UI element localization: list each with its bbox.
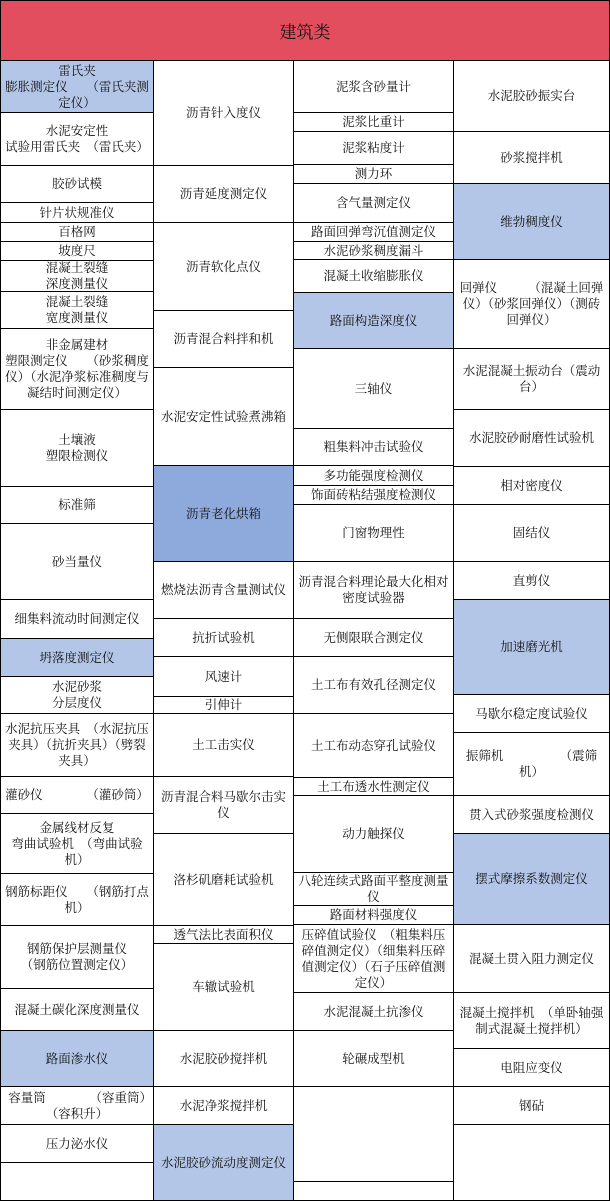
table-cell: 加速磨光机 — [453, 599, 610, 695]
cell-label: 路面回弹弯沉值测定仪 — [311, 224, 436, 240]
table-cell: 多功能强度检测仪 — [293, 465, 454, 486]
table-cell: 水泥净浆搅拌机 — [153, 1086, 294, 1125]
cell-label: 固结仪 — [513, 525, 551, 541]
cell-label: 燃烧法沥青含量测试仪 — [161, 582, 286, 598]
cell-label: 水泥砂浆 分层度仪 — [52, 679, 102, 711]
table-cell: 灌砂仪 （灌砂筒） — [0, 776, 154, 814]
table-cell: 坍落度测定仪 — [0, 638, 154, 677]
cell-label: 混凝土裂缝 宽度测量仪 — [46, 294, 109, 326]
cell-label: 水泥抗压夹具 （水泥抗压夹具）（抗折夹具）（劈裂夹具） — [5, 721, 149, 769]
table-cell: 砂浆搅拌机 — [453, 131, 610, 184]
table-cell: 回弹仪 （混凝土回弹仪）（砂浆回弹仪）（测砖回弹仪） — [453, 259, 610, 349]
cell-label: 路面构造深度仪 — [330, 313, 418, 329]
table-cell: 水泥混凝土抗渗仪 — [293, 992, 454, 1031]
cell-label: 容量筒 （容重筒） （容积升） — [5, 1090, 149, 1122]
table-cell: 标准筛 — [0, 486, 154, 524]
cell-label: 维勃稠度仪 — [500, 214, 563, 230]
cell-label: 泥浆比重计 — [342, 114, 405, 130]
table-cell: 土工击实仪 — [153, 713, 294, 777]
table-cell: 非金属建材 塑限测定仪 （砂浆稠度仪）（水泥净浆标准稠度与凝结时间测定仪） — [0, 328, 154, 410]
cell-label: 混凝土裂缝 深度测量仪 — [46, 260, 109, 292]
cell-label: 针片状规准仪 — [39, 205, 114, 221]
cell-label: 土工布透水性测定仪 — [317, 779, 430, 795]
table-cell: 维勃稠度仪 — [453, 183, 610, 260]
table-cell: 金属线材反复 弯曲试验机 （弯曲试验机） — [0, 813, 154, 874]
table-cell: 电阻应变仪 — [453, 1048, 610, 1087]
table-cell: 压碎值试验仪 （粗集料压碎值测定仪）（细集料压碎值测定仪）（石子压碎值测定仪） — [293, 924, 454, 993]
table-cell: 针片状规准仪 — [0, 202, 154, 223]
cell-label: 多功能强度检测仪 — [323, 468, 423, 484]
cell-label: 钢砧 — [519, 1098, 544, 1114]
cell-label: 电阻应变仪 — [500, 1060, 563, 1076]
table-cell: 贯入式砂浆强度检测仪 — [453, 795, 610, 834]
table-cell: 振筛机 （震筛机） — [453, 732, 610, 796]
cell-label: 加速磨光机 — [500, 639, 563, 655]
table-cell: 坡度尺 — [0, 241, 154, 261]
table-cell: 水泥砂浆稠度漏斗 — [293, 241, 454, 260]
table-cell: 压力泌水仪 — [0, 1124, 154, 1163]
cell-label: 坡度尺 — [58, 243, 96, 259]
cell-label: 坍落度测定仪 — [39, 650, 114, 666]
category-header: 建筑类 — [0, 0, 610, 61]
cell-label: 回弹仪 （混凝土回弹仪）（砂浆回弹仪）（测砖回弹仪） — [458, 280, 605, 328]
cell-label: 水泥混凝土抗渗仪 — [323, 1004, 423, 1020]
cell-label: 三轴仪 — [355, 381, 393, 397]
table-cell: 抗折试验机 — [153, 618, 294, 657]
cell-label: 土工击实仪 — [192, 737, 255, 753]
table-cell: 沥青老化烘箱 — [153, 465, 294, 562]
cell-label: 混凝土收缩膨胀仪 — [323, 268, 423, 284]
table-cell: 胶砂试模 — [0, 165, 154, 203]
cell-label: 水泥安定性 试验用雷氏夹 （雷氏夹） — [5, 123, 149, 155]
cell-label: 百格网 — [58, 224, 96, 240]
cell-label: 饰面砖粘结强度检测仪 — [311, 487, 436, 503]
cell-label: 引伸计 — [205, 697, 243, 713]
table-cell: 混凝土搅拌机 （单卧轴强制式混凝土搅拌机） — [453, 992, 610, 1049]
cell-label: 钢筋保护层测量仪 （钢筋位置测定仪） — [21, 941, 134, 973]
cell-label: 混凝土贯入阻力测定仪 — [469, 951, 594, 967]
cell-label: 粗集料冲击试验仪 — [323, 439, 423, 455]
cell-label: 土壤液 塑限检测仪 — [46, 432, 109, 464]
table-cell: 水泥安定性 试验用雷氏夹 （雷氏夹） — [0, 112, 154, 166]
cell-label: 金属线材反复 弯曲试验机 （弯曲试验机） — [5, 820, 149, 868]
cell-label: 动力触探仪 — [342, 826, 405, 842]
table-cell: 水泥胶砂搅拌机 — [153, 1030, 294, 1087]
table-cell: 土工布有效孔径测定仪 — [293, 656, 454, 714]
table-cell: 砂当量仪 — [0, 523, 154, 600]
cell-label: 贯入式砂浆强度检测仪 — [469, 807, 594, 823]
table-cell: 雷氏夹 膨胀测定仪 （雷氏夹测定仪） — [0, 60, 154, 113]
table-cell: 土工布透水性测定仪 — [293, 777, 454, 796]
cell-label: 沥青软化点仪 — [186, 259, 261, 275]
table-cell: 相对密度仪 — [453, 466, 610, 505]
empty-cell — [293, 1086, 454, 1182]
cell-label: 水泥胶砂流动度测定仪 — [161, 1155, 286, 1171]
table-cell: 土工布动态穿孔试验仪 — [293, 713, 454, 778]
table-cell: 容量筒 （容重筒） （容积升） — [0, 1086, 154, 1125]
cell-label: 马歇尔稳定度试验仪 — [475, 706, 588, 722]
cell-label: 相对密度仪 — [500, 478, 563, 494]
cell-label: 土工布有效孔径测定仪 — [311, 677, 436, 693]
cell-label: 水泥砂浆稠度漏斗 — [323, 243, 423, 259]
table-cell: 水泥胶砂流动度测定仪 — [153, 1124, 294, 1201]
cell-label: 轮碾成型机 — [342, 1051, 405, 1067]
cell-label: 沥青针入度仪 — [186, 105, 261, 121]
table-cell: 无侧限联合测定仪 — [293, 618, 454, 657]
cell-label: 标准筛 — [58, 497, 96, 513]
cell-label: 水泥净浆搅拌机 — [180, 1098, 268, 1114]
cell-label: 胶砂试模 — [52, 176, 102, 192]
cell-label: 含气量测定仪 — [336, 195, 411, 211]
table-cell: 动力触探仪 — [293, 795, 454, 873]
table-cell: 泥浆粘度计 — [293, 131, 454, 165]
cell-label: 灌砂仪 （灌砂筒） — [5, 787, 149, 803]
cell-label: 泥浆粘度计 — [342, 140, 405, 156]
cell-label: 抗折试验机 — [192, 630, 255, 646]
cell-label: 沥青老化烘箱 — [186, 506, 261, 522]
cell-label: 雷氏夹 膨胀测定仪 （雷氏夹测定仪） — [5, 63, 149, 111]
cell-label: 摆式摩擦系数测定仪 — [475, 871, 588, 887]
cell-label: 风速计 — [205, 669, 243, 685]
table-cell: 车辙试验机 — [153, 943, 294, 1031]
table-cell: 水泥抗压夹具 （水泥抗压夹具）（抗折夹具）（劈裂夹具） — [0, 713, 154, 777]
table-cell: 沥青混合料理论最大化相对密度试验器 — [293, 561, 454, 619]
cell-label: 八轮连续式路面平整度测量仪 — [298, 873, 449, 905]
cell-label: 直剪仪 — [513, 573, 551, 589]
table-cell: 风速计 — [153, 656, 294, 697]
cell-label: 细集料流动时间测定仪 — [14, 611, 139, 627]
cell-label: 混凝土碳化深度测量仪 — [14, 1002, 139, 1018]
table-cell: 透气法比表面积仪 — [153, 925, 294, 944]
table-cell: 粗集料冲击试验仪 — [293, 428, 454, 466]
table-cell: 沥青软化点仪 — [153, 222, 294, 311]
table-cell: 轮碾成型机 — [293, 1030, 454, 1087]
table-cell: 钢筋保护层测量仪 （钢筋位置测定仪） — [0, 925, 154, 989]
cell-label: 门窗物理性 — [342, 525, 405, 541]
cell-label: 砂当量仪 — [52, 554, 102, 570]
cell-label: 沥青混合料理论最大化相对密度试验器 — [298, 574, 449, 606]
table-cell: 沥青混合料拌和机 — [153, 310, 294, 368]
table-cell: 混凝土裂缝 宽度测量仪 — [0, 291, 154, 329]
table-cell: 混凝土收缩膨胀仪 — [293, 259, 454, 293]
cell-label: 土工布动态穿孔试验仪 — [311, 738, 436, 754]
cell-label: 压碎值试验仪 （粗集料压碎值测定仪）（细集料压碎值测定仪）（石子压碎值测定仪） — [298, 927, 449, 991]
cell-label: 水泥胶砂耐磨性试验机 — [469, 430, 594, 446]
table-cell: 固结仪 — [453, 504, 610, 562]
empty-cell — [293, 1181, 454, 1201]
table-cell: 混凝土贯入阻力测定仪 — [453, 924, 610, 993]
cell-label: 钢筋标距仪 （钢筋打点机） — [5, 884, 149, 916]
empty-cell — [0, 1162, 154, 1201]
table-cell: 土壤液 塑限检测仪 — [0, 409, 154, 487]
table-cell: 百格网 — [0, 222, 154, 242]
table-cell: 混凝土裂缝 深度测量仪 — [0, 260, 154, 292]
table-cell: 洛杉矶磨耗试验机 — [153, 833, 294, 926]
table-cell: 路面材料强度仪 — [293, 905, 454, 925]
table-cell: 测力环 — [293, 164, 454, 184]
table-cell: 泥浆比重计 — [293, 112, 454, 132]
table-cell: 燃烧法沥青含量测试仪 — [153, 561, 294, 619]
cell-label: 水泥混凝土振动台（震动台） — [458, 363, 605, 395]
table-cell: 马歇尔稳定度试验仪 — [453, 694, 610, 733]
cell-label: 水泥安定性试验煮沸箱 — [161, 409, 286, 425]
table-cell: 泥浆含砂量计 — [293, 60, 454, 113]
table-cell: 水泥安定性试验煮沸箱 — [153, 367, 294, 466]
cell-label: 路面渗水仪 — [46, 1051, 109, 1067]
cell-label: 水泥胶砂搅拌机 — [180, 1051, 268, 1067]
table-cell: 细集料流动时间测定仪 — [0, 599, 154, 639]
table-cell: 八轮连续式路面平整度测量仪 — [293, 872, 454, 906]
table-cell: 沥青延度测定仪 — [153, 165, 294, 223]
cell-label: 测力环 — [355, 166, 393, 182]
table-cell: 钢砧 — [453, 1086, 610, 1125]
cell-label: 振筛机 （震筛机） — [458, 748, 605, 780]
cell-label: 无侧限联合测定仪 — [323, 630, 423, 646]
table-cell: 水泥胶砂耐磨性试验机 — [453, 409, 610, 467]
table-cell: 沥青混合料马歇尔击实仪 — [153, 776, 294, 834]
table-cell: 三轴仪 — [293, 348, 454, 429]
table-cell: 水泥胶砂振实台 — [453, 60, 610, 132]
empty-cell — [453, 1124, 610, 1201]
cell-label: 沥青延度测定仪 — [180, 186, 268, 202]
cell-label: 混凝土搅拌机 （单卧轴强制式混凝土搅拌机） — [458, 1005, 605, 1037]
cell-label: 砂浆搅拌机 — [500, 150, 563, 166]
table-cell: 沥青针入度仪 — [153, 60, 294, 166]
cell-label: 沥青混合料马歇尔击实仪 — [158, 789, 289, 821]
table-cell: 饰面砖粘结强度检测仪 — [293, 485, 454, 505]
table-cell: 引伸计 — [153, 696, 294, 714]
table-cell: 含气量测定仪 — [293, 183, 454, 223]
table-cell: 水泥砂浆 分层度仪 — [0, 676, 154, 714]
table-cell: 路面构造深度仪 — [293, 292, 454, 349]
cell-label: 非金属建材 塑限测定仪 （砂浆稠度仪）（水泥净浆标准稠度与凝结时间测定仪） — [5, 337, 149, 401]
cell-label: 洛杉矶磨耗试验机 — [173, 872, 273, 888]
cell-label: 压力泌水仪 — [46, 1136, 109, 1152]
table-cell: 摆式摩擦系数测定仪 — [453, 833, 610, 925]
equipment-table: 建筑类 雷氏夹 膨胀测定仪 （雷氏夹测定仪）水泥安定性 试验用雷氏夹 （雷氏夹）… — [0, 0, 610, 1201]
table-cell: 直剪仪 — [453, 561, 610, 600]
cell-label: 水泥胶砂振实台 — [488, 88, 576, 104]
table-cell: 路面渗水仪 — [0, 1030, 154, 1087]
table-cell: 混凝土碳化深度测量仪 — [0, 988, 154, 1031]
table-cell: 门窗物理性 — [293, 504, 454, 562]
table-cell: 水泥混凝土振动台（震动台） — [453, 348, 610, 410]
cell-label: 沥青混合料拌和机 — [173, 331, 273, 347]
cell-label: 路面材料强度仪 — [330, 907, 418, 923]
table-cell: 钢筋标距仪 （钢筋打点机） — [0, 873, 154, 926]
table-cell: 路面回弹弯沉值测定仪 — [293, 222, 454, 242]
cell-label: 透气法比表面积仪 — [173, 927, 273, 943]
cell-label: 泥浆含砂量计 — [336, 79, 411, 95]
cell-label: 车辙试验机 — [192, 979, 255, 995]
